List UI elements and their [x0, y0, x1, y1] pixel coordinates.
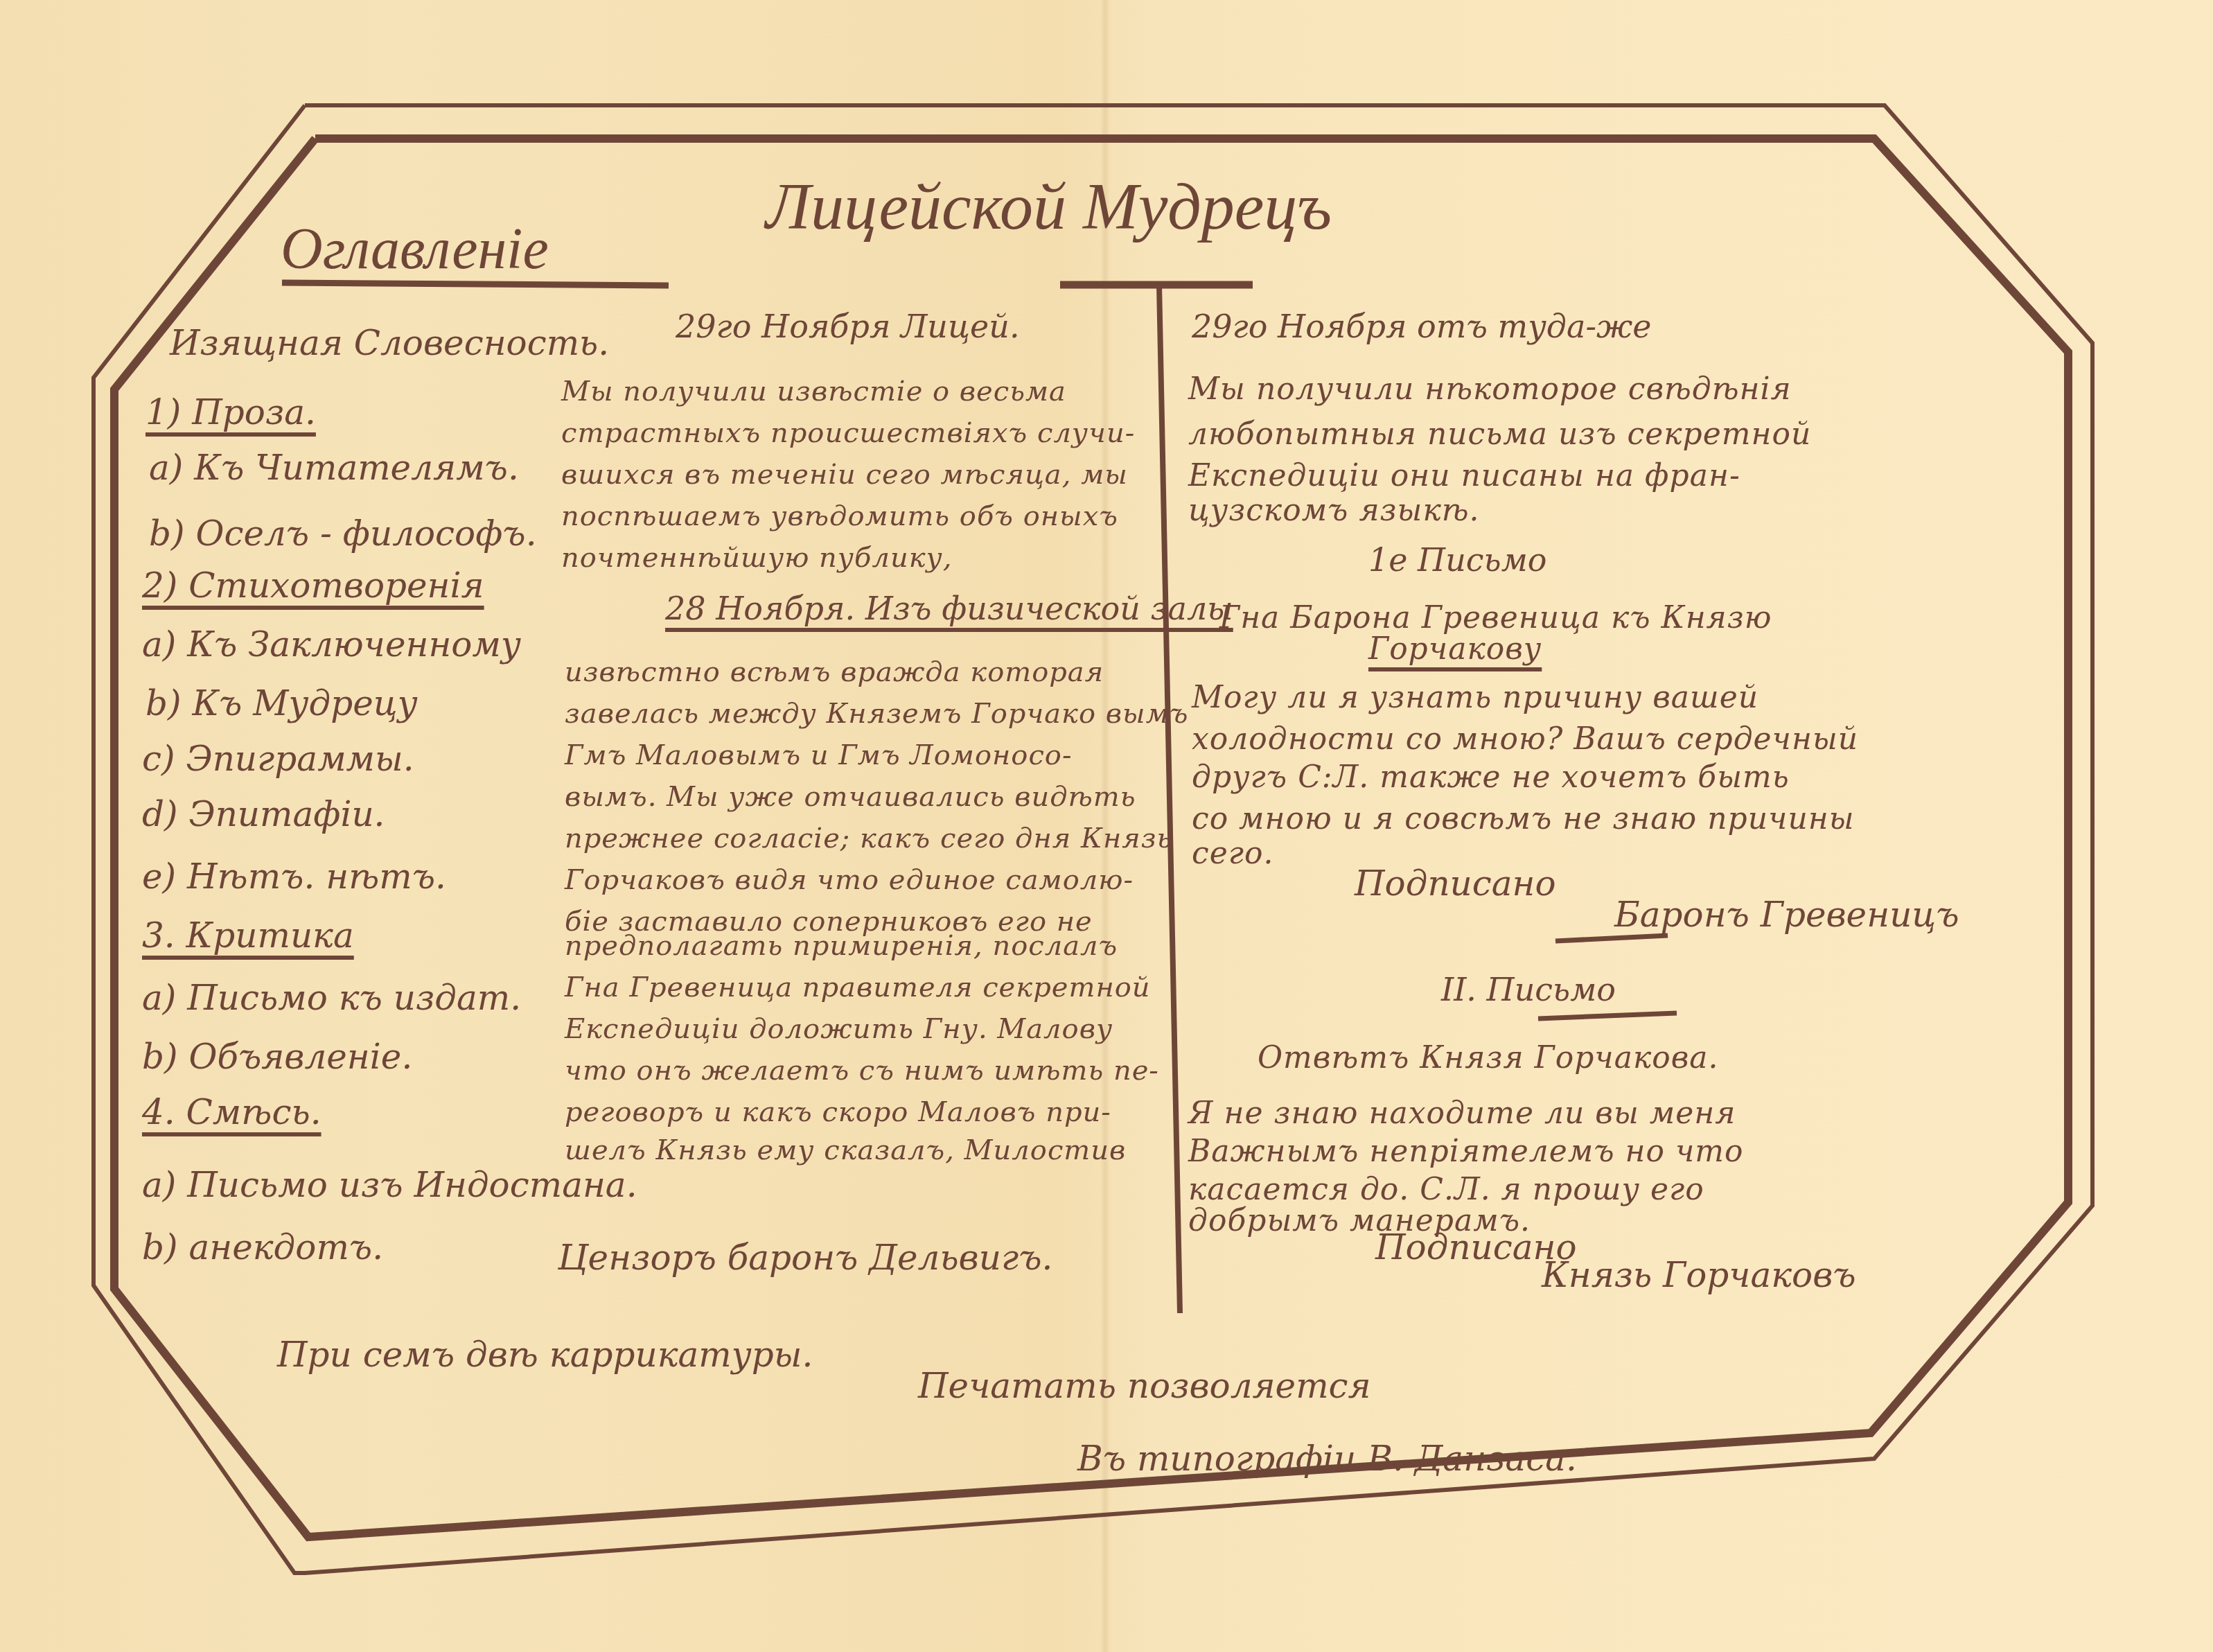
middle-para-1-line: почтеннѣйшую публику,	[561, 544, 953, 572]
middle-para-1-line: страстныхъ происшествіяхъ случи-	[561, 419, 1135, 447]
toc-item: e) Нѣтъ. нѣтъ.	[142, 859, 446, 894]
middle-para-2-line: предполагать примиренія, послалъ	[565, 932, 1118, 960]
censor-signature: Цензоръ баронъ Дельвигъ.	[558, 1240, 1052, 1275]
letter-2-body-line: Я не знаю находите ли вы меня	[1188, 1098, 1736, 1129]
toc-item: b) анекдотъ.	[142, 1230, 383, 1265]
middle-para-1-line: вшихся въ теченіи сего мѣсяца, мы	[561, 461, 1128, 489]
letter-1-signature: Баронъ Гревеницъ	[1614, 897, 1959, 932]
document-title: Лицейской Мудрецъ	[766, 173, 1332, 240]
column-divider-line	[1159, 285, 1180, 1313]
middle-para-2-line: Гна Гревеница правителя секретной	[565, 974, 1151, 1001]
separator-rule-2	[1538, 1013, 1677, 1019]
letter-2-subtitle: Отвѣтъ Князя Горчакова.	[1258, 1043, 1719, 1073]
toc-item: 2) Стихотворенія	[142, 568, 484, 603]
letter-1-signed-label: Подписано	[1355, 866, 1556, 901]
underline-heading-1	[282, 283, 669, 285]
letter-1-body-line: другъ С:Л. также не хочетъ быть	[1192, 762, 1790, 793]
letter-2-title: II. Письмо	[1441, 974, 1616, 1005]
letter-1-subtitle-name: Горчакову	[1368, 634, 1542, 665]
separator-rule-1	[1555, 935, 1668, 941]
letter-1-body-line: со мною и я совсѣмъ не знаю причины	[1192, 804, 1855, 834]
letter-1-body-line: сего.	[1192, 838, 1273, 869]
toc-item: c) Эпиграммы.	[142, 741, 414, 776]
middle-para-2-line: что онъ желаетъ съ нимъ имѣть пе-	[565, 1057, 1159, 1084]
toc-item: 1) Проза.	[146, 395, 316, 430]
toc-item: 3. Критика	[142, 918, 354, 953]
toc-item: d) Эпитафіи.	[142, 797, 385, 832]
toc-item: a) Къ Читателямъ.	[149, 450, 519, 485]
toc-item: b) Къ Мудрецу	[146, 686, 418, 721]
middle-heading-1: 29го Ноября Лицей.	[676, 310, 1020, 342]
right-intro-line: Експедиціи они писаны на фран-	[1188, 461, 1740, 491]
print-permit: Печатать позволяется	[918, 1369, 1371, 1403]
letter-1-body-line: холодности со мною? Вашъ сердечный	[1192, 724, 1858, 755]
letter-1-subtitle: Гна Барона Гревеница къ Князю	[1219, 603, 1772, 633]
middle-heading-2: 28 Ноября. Изъ физической залы	[665, 592, 1233, 624]
middle-para-1-line: Мы получили извѣстіе о весьма	[561, 378, 1066, 405]
printer-note: Въ типографіи В. Данзаса.	[1077, 1441, 1577, 1476]
middle-para-2-line: реговоръ и какъ скоро Маловъ при-	[565, 1098, 1111, 1126]
toc-item: a) Письмо изъ Индостана.	[142, 1168, 637, 1202]
toc-item: 4. Смѣсь.	[142, 1095, 321, 1130]
letter-1-body-line: Могу ли я узнать причину вашей	[1192, 683, 1758, 713]
toc-item: b) Оселъ - философъ.	[149, 516, 537, 551]
toc-item: b) Объявленіе.	[142, 1039, 412, 1074]
right-intro-line: цузскомъ языкѣ.	[1188, 495, 1479, 526]
toc-heading: Оглавленіе	[281, 220, 549, 279]
right-heading: 29го Ноября отъ туда-же	[1192, 310, 1652, 342]
letter-2-body-line: касается до. С.Л. я прошу его	[1188, 1175, 1704, 1205]
toc-item: a) Письмо къ издат.	[142, 981, 521, 1015]
toc-item: a) Къ Заключенному	[142, 627, 521, 662]
middle-para-2-line: шелъ Князь ему сказалъ, Милостив	[565, 1136, 1126, 1164]
letter-2-signature: Князь Горчаковъ	[1542, 1258, 1856, 1292]
middle-para-1-line: поспѣшаемъ увѣдомить объ оныхъ	[561, 502, 1118, 530]
caricatures-note: При семъ двѣ каррикатуры.	[277, 1337, 813, 1372]
right-intro-line: Мы получили нѣкоторое свѣдѣнія	[1188, 374, 1792, 405]
middle-para-2-line: Горчаковъ видя что единое самолю-	[565, 866, 1134, 894]
middle-para-2-line: Експедиціи доложить Гну. Малову	[565, 1015, 1113, 1043]
middle-para-2-line: завелась между Княземъ Горчако вымъ	[565, 700, 1189, 728]
middle-para-2-line: прежнее согласіе; какъ сего дня Князь	[565, 825, 1172, 852]
right-intro-line: любопытныя письма изъ секретной	[1188, 419, 1811, 450]
letter-2-body-line: Важнымъ непріятелемъ но что	[1188, 1136, 1744, 1167]
letter-1-title: 1е Письмо	[1368, 544, 1547, 576]
middle-para-2-line: Гмъ Маловымъ и Гмъ Ломоносо-	[565, 741, 1072, 769]
middle-para-2-line: извѣстно всѣмъ вражда которая	[565, 658, 1104, 686]
toc-section-title: Изящная Словесность.	[170, 326, 609, 360]
middle-para-2-line: вымъ. Мы уже отчаивались видѣть	[565, 783, 1136, 811]
